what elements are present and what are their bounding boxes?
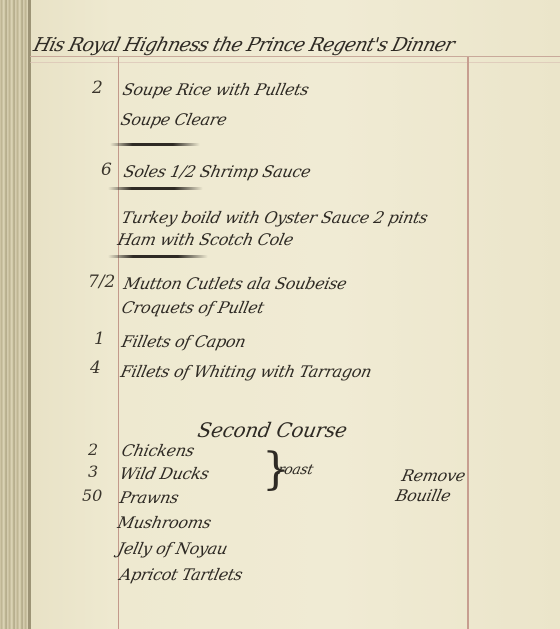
remove-label: Remove [400,466,467,485]
menu-item: Fillets of Whiting with Tarragon [119,362,373,381]
header-rule [30,56,560,57]
divider-flourish [108,255,208,258]
menu-item: Prawns [118,488,180,507]
ledger-page: His Royal Highness the Prince Regent's D… [0,0,560,629]
menu-item: Wild Ducks [118,464,211,483]
book-binding [0,0,30,629]
menu-item: Croquets of Pullet [120,298,266,317]
menu-item: Turkey boild with Oyster Sauce 2 pints [120,208,430,227]
menu-item: Soupe Rice with Pullets [121,80,311,99]
quantity: 6 [101,160,112,180]
menu-item: Chickens [120,441,196,460]
quantity: 7/2 [88,272,115,292]
menu-item: Apricot Tartlets [118,565,244,584]
divider-flourish [108,187,203,190]
menu-item: Mushrooms [116,513,213,532]
quantity: 2 [88,440,98,459]
section-heading: Second Course [196,418,349,442]
quantity: 1 [94,329,105,349]
menu-item: Jelly of Noyau [116,539,229,558]
header-rule-secondary [30,62,560,63]
remove-column-rule [467,57,469,629]
quantity: 2 [92,78,103,98]
binding-edge [28,0,31,629]
menu-item: Fillets of Capon [120,332,247,351]
menu-item: Soupe Cleare [119,110,229,129]
quantity: 50 [82,486,102,505]
remove-dish: Bouille [394,486,452,505]
page-title: His Royal Highness the Prince Regent's D… [31,34,456,56]
quantity: 4 [90,358,101,378]
menu-item: Mutton Cutlets ala Soubeise [122,274,348,293]
menu-item: Ham with Scotch Cole [116,230,295,249]
divider-flourish [110,143,200,146]
quantity: 3 [88,462,98,481]
brace-note: roast [276,462,314,478]
menu-item: Soles 1/2 Shrimp Sauce [122,162,313,181]
